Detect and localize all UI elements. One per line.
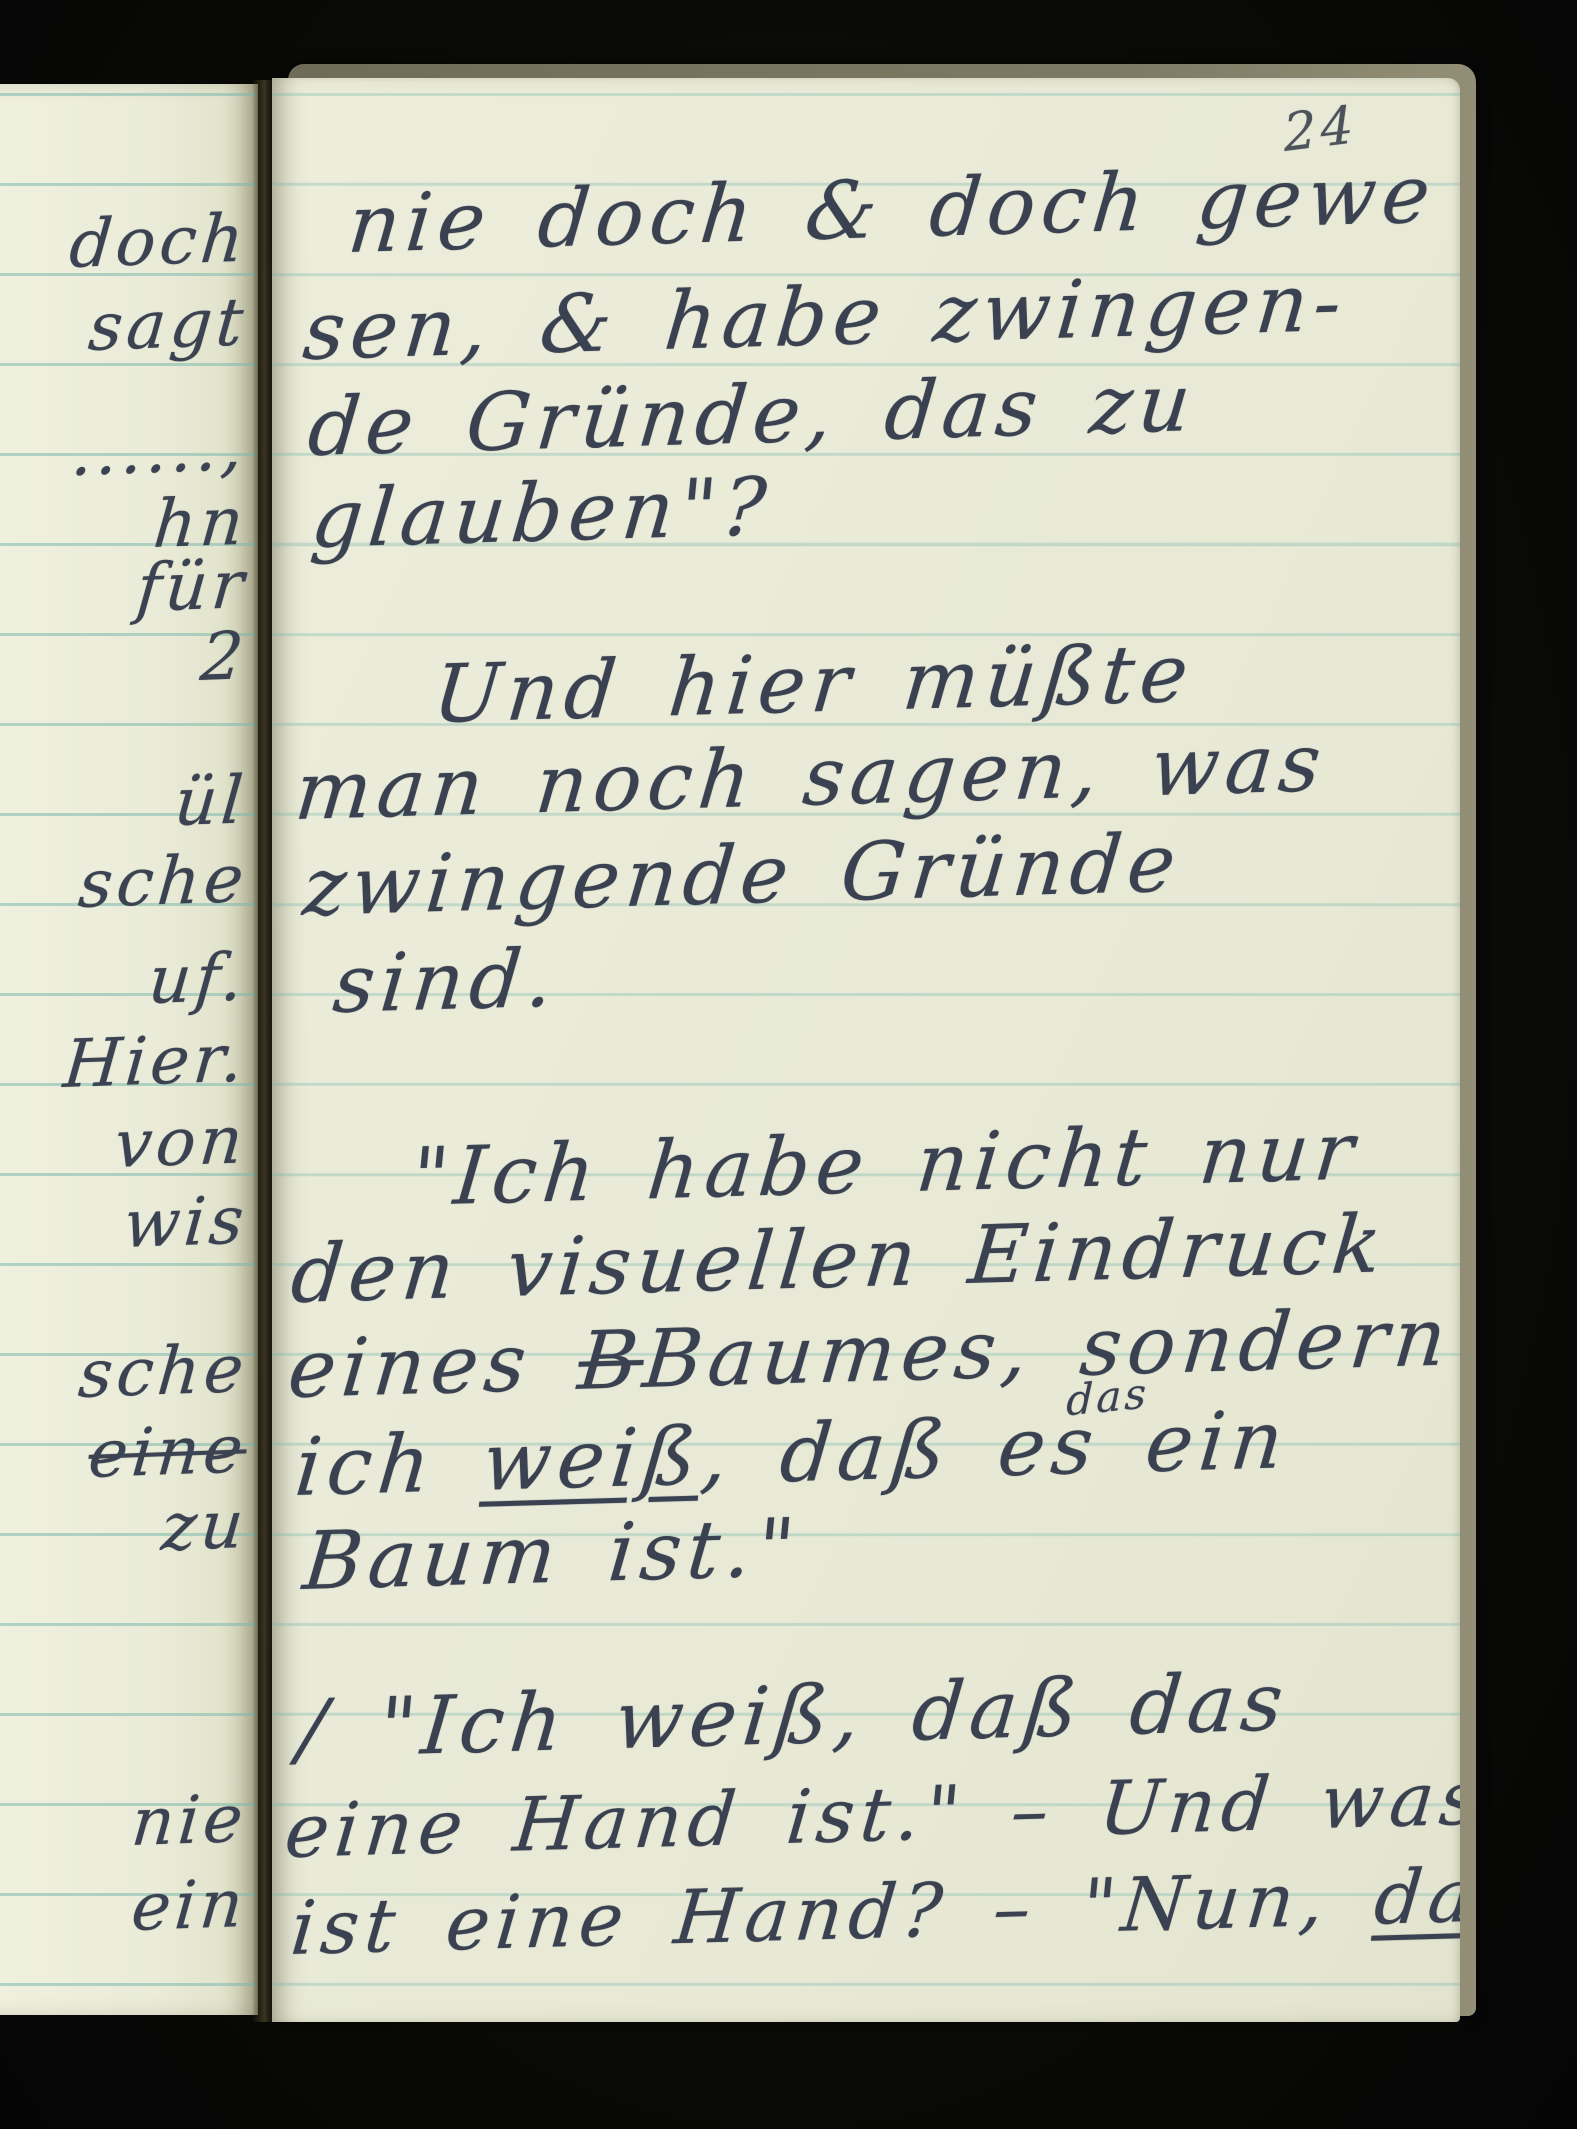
left-page-fragment: von [112, 1107, 249, 1178]
left-page-fragment-struck: eine [86, 1416, 249, 1488]
left-page-fragment: ül [172, 767, 249, 836]
line-text: , daß es ein [697, 1393, 1293, 1503]
handwritten-line: zwingende Gründe [300, 823, 1185, 928]
handwritten-line: glauben"? [308, 467, 775, 560]
left-page-fragment: nie [129, 1786, 249, 1856]
left-page-fragment: ein [129, 1871, 249, 1941]
notebook-left-page: doch sagt ......, hn für 2 ül sche uf. H… [0, 84, 258, 2015]
left-page-fragment: Hier. [61, 1025, 250, 1098]
notebook-right-page: 24 nie doch & doch gewe sen, & habe zwin… [272, 78, 1460, 2022]
left-page-fragment: uf. [146, 944, 249, 1014]
handwritten-line: Und hier müßte [430, 634, 1197, 735]
left-page-fragment: doch [67, 206, 250, 278]
underlined-word: weiß [479, 1409, 707, 1508]
underlined-word: das [1371, 1851, 1460, 1941]
left-page-fragment: 2 [198, 623, 250, 691]
left-page-fragment: ......, [69, 414, 250, 486]
handwritten-line: Baum ist." [300, 1508, 804, 1602]
left-page-fragment: sche [76, 846, 250, 918]
struck-letter: B [575, 1313, 649, 1408]
left-page-fragment: zu [159, 1492, 250, 1561]
left-page-fragment: für [134, 552, 250, 622]
left-page-fragment: sche [76, 1336, 250, 1408]
line-text: ich [291, 1416, 487, 1515]
left-page-fragment: sagt [86, 289, 250, 361]
handwritten-line: de Gründe, das zu [305, 363, 1200, 468]
photo-background: doch sagt ......, hn für 2 ül sche uf. H… [0, 0, 1577, 2129]
handwritten-line: sind. [330, 938, 562, 1025]
left-page-fragment: wis [121, 1187, 250, 1258]
line-text: eines [284, 1315, 583, 1416]
inserted-word: das [1066, 1372, 1150, 1422]
